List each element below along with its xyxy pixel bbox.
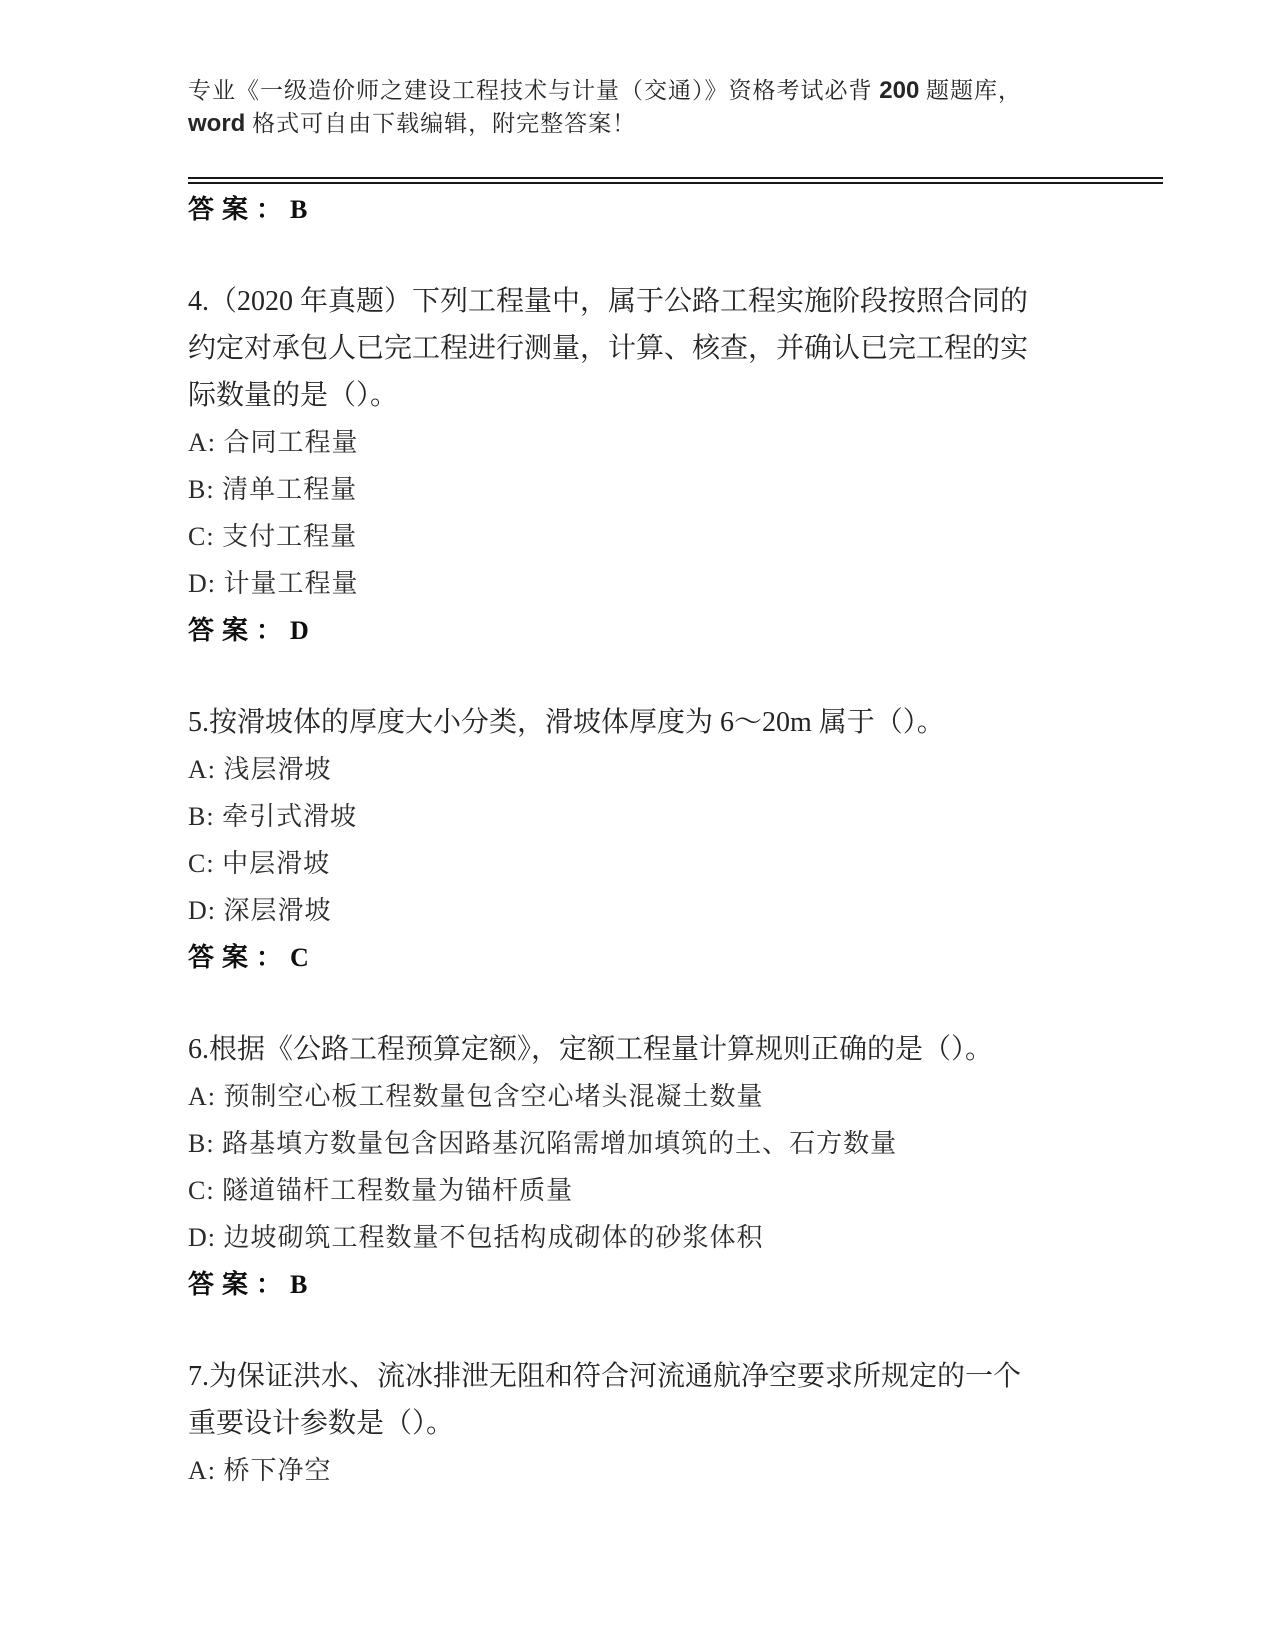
answer-line: 答案：B: [188, 1261, 1173, 1308]
answer-value: D: [290, 616, 317, 645]
question-block-5: 5.按滑坡体的厚度大小分类，滑坡体厚度为 6～20m 属于（）。 A: 浅层滑坡…: [188, 699, 1173, 981]
answer-value: B: [290, 195, 315, 224]
answer-line: 答案：D: [188, 607, 1173, 654]
option-line-d: D: 计量工程量: [188, 560, 1173, 607]
answer-label: 答案：: [188, 195, 290, 224]
doc-header: 专业《一级造价师之建设工程技术与计量（交通）》资格考试必背 200 题题库， w…: [188, 74, 1173, 140]
double-rule: [188, 177, 1163, 184]
option-line-d: D: 深层滑坡: [188, 887, 1173, 934]
answer-line: 答案：C: [188, 934, 1173, 981]
question-block-6: 6.根据《公路工程预算定额》，定额工程量计算规则正确的是（）。 A: 预制空心板…: [188, 1026, 1173, 1308]
answer-label: 答案：: [188, 616, 290, 645]
question-line: 6.根据《公路工程预算定额》，定额工程量计算规则正确的是（）。: [188, 1026, 1173, 1073]
option-line-b: B: 路基填方数量包含因路基沉陷需增加填筑的土、石方数量: [188, 1120, 1173, 1167]
header-line-1-number: 200: [879, 77, 919, 104]
question-line: 4.（2020 年真题）下列工程量中，属于公路工程实施阶段按照合同的: [188, 278, 1173, 325]
header-line-2: word 格式可自由下载编辑，附完整答案！: [188, 107, 1173, 140]
option-line-b: B: 牵引式滑坡: [188, 793, 1173, 840]
header-line-2-rest: 格式可自由下载编辑，附完整答案！: [245, 111, 636, 136]
option-line-b: B: 清单工程量: [188, 466, 1173, 513]
answer-value: C: [290, 943, 317, 972]
option-line-a: A: 合同工程量: [188, 419, 1173, 466]
question-block-7: 7.为保证洪水、流冰排泄无阻和符合河流通航净空要求所规定的一个 重要设计参数是（…: [188, 1353, 1173, 1494]
option-line-c: C: 隧道锚杆工程数量为锚杆质量: [188, 1167, 1173, 1214]
question-line: 5.按滑坡体的厚度大小分类，滑坡体厚度为 6～20m 属于（）。: [188, 699, 1173, 746]
header-line-1-pre: 专业《一级造价师之建设工程技术与计量（交通）》资格考试必背: [188, 78, 879, 103]
question-line: 重要设计参数是（）。: [188, 1400, 1173, 1447]
answer-label: 答案：: [188, 1270, 290, 1299]
question-line: 7.为保证洪水、流冰排泄无阻和符合河流通航净空要求所规定的一个: [188, 1353, 1173, 1400]
header-line-1-post: 题题库，: [919, 78, 1022, 103]
question-line: 际数量的是（）。: [188, 372, 1173, 419]
option-line-a: A: 预制空心板工程数量包含空心堵头混凝土数量: [188, 1073, 1173, 1120]
answer-value: B: [290, 1270, 315, 1299]
option-line-c: C: 支付工程量: [188, 513, 1173, 560]
header-line-1: 专业《一级造价师之建设工程技术与计量（交通）》资格考试必背 200 题题库，: [188, 74, 1173, 107]
answer-line-carryover: 答案：B: [188, 186, 1173, 233]
answer-label: 答案：: [188, 943, 290, 972]
header-line-2-latin: word: [188, 110, 245, 137]
option-line-a: A: 桥下净空: [188, 1447, 1173, 1494]
option-line-a: A: 浅层滑坡: [188, 746, 1173, 793]
document-page: 专业《一级造价师之建设工程技术与计量（交通）》资格考试必背 200 题题库， w…: [0, 0, 1275, 1650]
question-line: 约定对承包人已完工程进行测量，计算、核查，并确认已完工程的实: [188, 325, 1173, 372]
option-line-d: D: 边坡砌筑工程数量不包括构成砌体的砂浆体积: [188, 1214, 1173, 1261]
document-content: 专业《一级造价师之建设工程技术与计量（交通）》资格考试必背 200 题题库， w…: [188, 0, 1173, 1494]
option-line-c: C: 中层滑坡: [188, 840, 1173, 887]
question-block-4: 4.（2020 年真题）下列工程量中，属于公路工程实施阶段按照合同的 约定对承包…: [188, 278, 1173, 654]
